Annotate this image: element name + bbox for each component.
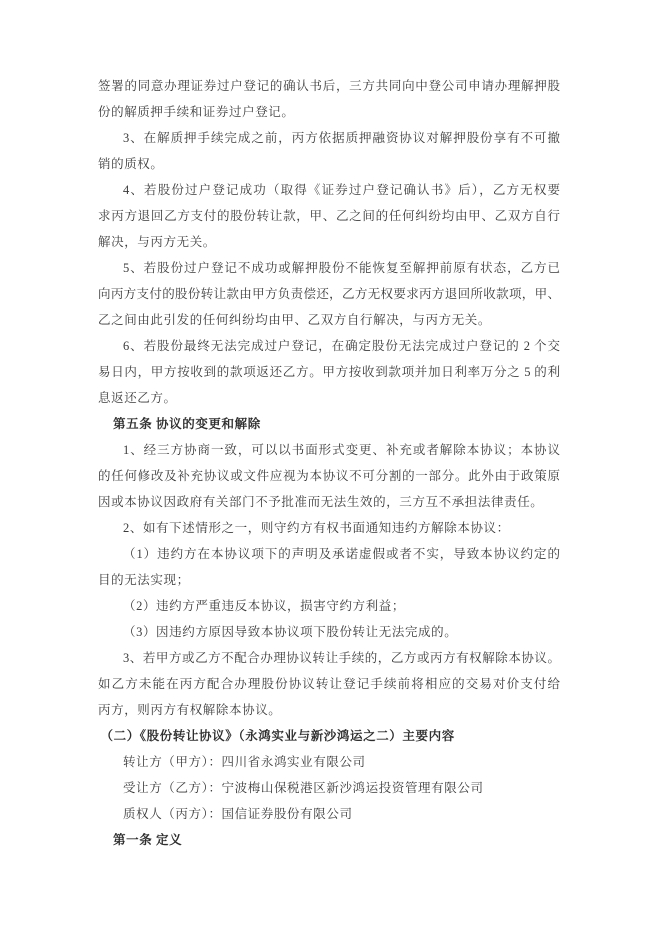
text-line: 1、经三方协商一致，可以以书面形式变更、补充或者解除本协议；本协议 bbox=[98, 437, 560, 463]
text-line: （1）违约方在本协议项下的声明及承诺虚假或者不实，导致本协议约定的 bbox=[98, 541, 560, 567]
text-line: 4、若股份过户登记成功（取得《证券过户登记确认书》后），乙方无权要 bbox=[98, 177, 560, 203]
text-line: 签署的同意办理证券过户登记的确认书后，三方共同向中登公司申请办理解押股 bbox=[98, 73, 560, 99]
section-heading-two: （二）《股份转让协议》（永鸿实业与新沙鸿运之二）主要内容 bbox=[98, 723, 560, 749]
text-line: 求丙方退回乙方支付的股份转让款，甲、乙之间的任何纠纷均由甲、乙双方自行 bbox=[98, 203, 560, 229]
text-line: 5、若股份过户登记不成功或解押股份不能恢复至解押前原有状态，乙方已 bbox=[98, 255, 560, 281]
text-line: 向丙方支付的股份转让款由甲方负责偿还，乙方无权要求丙方退回所收款项，甲、 bbox=[98, 281, 560, 307]
text-line: 目的无法实现； bbox=[98, 567, 560, 593]
text-line: 息返还乙方。 bbox=[98, 385, 560, 411]
document-page: 签署的同意办理证券过户登记的确认书后，三方共同向中登公司申请办理解押股 份的解质… bbox=[0, 0, 660, 933]
text-line: 因或本协议因政府有关部门不予批准而无法生效的，三方互不承担法律责任。 bbox=[98, 489, 560, 515]
party-transferee-line: 受让方（乙方）：宁波梅山保税港区新沙鸿运投资管理有限公司 bbox=[98, 775, 560, 801]
text-line: 易日内，甲方按收到的款项返还乙方。甲方按收到款项并加日利率万分之 5 的利 bbox=[98, 359, 560, 385]
text-line: 3、在解质押手续完成之前，丙方依据质押融资协议对解押股份享有不可撤 bbox=[98, 125, 560, 151]
text-line: 3、若甲方或乙方不配合办理协议转让手续的，乙方或丙方有权解除本协议。 bbox=[98, 645, 560, 671]
text-line: 销的质权。 bbox=[98, 151, 560, 177]
text-line: 的任何修改及补充协议或文件应视为本协议不可分割的一部分。此外由于政策原 bbox=[98, 463, 560, 489]
document-text-block: 签署的同意办理证券过户登记的确认书后，三方共同向中登公司申请办理解押股 份的解质… bbox=[98, 73, 560, 853]
section-heading-one: 第一条 定义 bbox=[98, 827, 560, 853]
section-heading-five: 第五条 协议的变更和解除 bbox=[98, 411, 560, 437]
party-pledgee-line: 质权人（丙方）：国信证券股份有限公司 bbox=[98, 801, 560, 827]
text-line: 丙方，则丙方有权解除本协议。 bbox=[98, 697, 560, 723]
text-line: 份的解质押手续和证券过户登记。 bbox=[98, 99, 560, 125]
text-line: 6、若股份最终无法完成过户登记，在确定股份无法完成过户登记的 2 个交 bbox=[98, 333, 560, 359]
text-line: （2）违约方严重违反本协议，损害守约方利益； bbox=[98, 593, 560, 619]
text-line: 解决，与丙方无关。 bbox=[98, 229, 560, 255]
text-line: 乙之间由此引发的任何纠纷均由甲、乙双方自行解决，与丙方无关。 bbox=[98, 307, 560, 333]
party-transferor-line: 转让方（甲方）：四川省永鸿实业有限公司 bbox=[98, 749, 560, 775]
text-line: 2、如有下述情形之一，则守约方有权书面通知违约方解除本协议： bbox=[98, 515, 560, 541]
text-line: （3）因违约方原因导致本协议项下股份转让无法完成的。 bbox=[98, 619, 560, 645]
text-line: 如乙方未能在丙方配合办理股份协议转让登记手续前将相应的交易对价支付给 bbox=[98, 671, 560, 697]
